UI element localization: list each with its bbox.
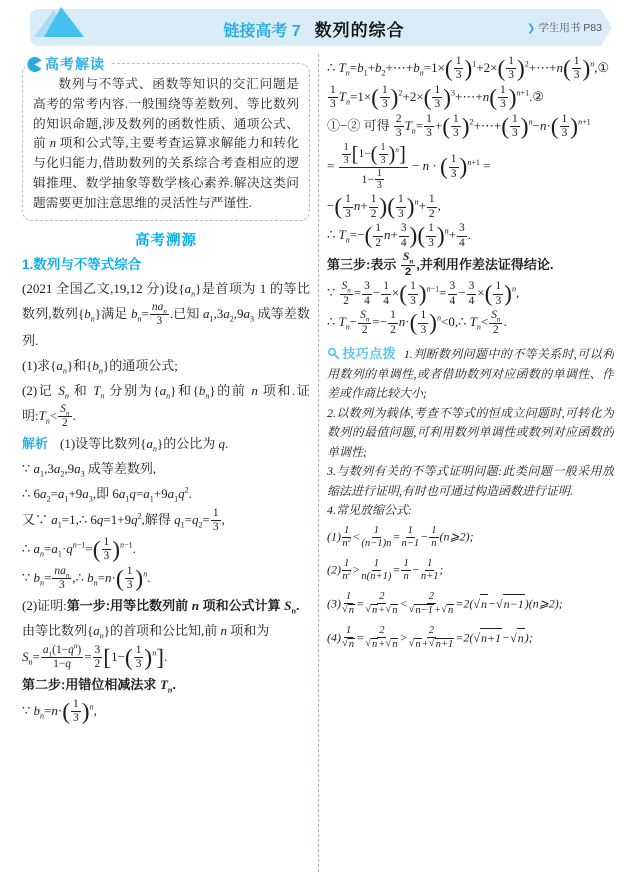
content-line: Sn=a1(1−qn)1−q=32[1−(13)n]. <box>22 644 310 672</box>
header-titles: 链接高考 7数列的综合 <box>223 16 404 41</box>
formula-line: (4)1√n=2√n+√n>2√n+√n+1=2(√n+1−√n); <box>327 622 614 655</box>
column-divider <box>318 54 319 872</box>
subsection-title: 1.数列与不等式综合 <box>22 253 310 273</box>
page-header: 链接高考 7数列的综合 ❯学生用书 P83 <box>0 0 628 52</box>
content-line: ∵ bn=n·(13)n, <box>22 698 310 726</box>
triangle-logo <box>32 3 88 39</box>
two-column-layout: 高考解读 数列与不等式、函数等知识的交汇问题是高考的常考内容.一般围绕等差数列、… <box>0 52 628 872</box>
content-line: ∴ Tn=b1+b2+⋯+bn=1×(13)1+2×(13)2+⋯+n(13)n… <box>327 55 614 83</box>
content-line: ∴ Tn=−(12n+34)(13)n+34. <box>327 222 614 250</box>
step-heading: 第二步:用错位相减法求 Tn. <box>22 673 310 697</box>
content-line: ∵ bn=nan3,∴ bn=n·(13)n. <box>22 565 310 593</box>
chevron-right-icon: ❯ <box>527 23 535 34</box>
magnifier-icon <box>327 347 340 360</box>
tips-content: 技巧点拨1.判断数列问题中的不等关系时,可以利用数列的单调性,或者借助数列对应函… <box>327 344 614 654</box>
formula-line: (2)1n2>1n(n+1)=1n−1n+1; <box>327 555 614 587</box>
content-line: 由等比数列{an}的首项和公比知,前 n 项和为 <box>22 619 310 643</box>
student-book-ref: ❯学生用书 P83 <box>527 20 602 35</box>
formula-line: (3)1√n=2√n+√n<2√n−1+√n=2(√n−√n−1)(n⩾2); <box>327 588 614 621</box>
jiedu-label: 高考解读 <box>45 54 105 74</box>
content-line: (2)记 Sn 和 Tn 分别为{an}和{bn}的前 n 项和.证明:Tn<S… <box>22 379 310 431</box>
content-line: ①−② 可得 23Tn=13+(13)2+⋯+(13)n−n·(13)n+1 <box>327 113 614 141</box>
content-line: (2)证明:第一步:用等比数列前 n 项和公式计算 Sn. <box>22 594 310 618</box>
content-line: 又∵ a1=1,∴ 6q=1+9q2,解得 q1=q2=13, <box>22 507 310 535</box>
left-column: 高考解读 数列与不等式、函数等知识的交汇问题是高考的常考内容.一般围绕等差数列、… <box>22 54 310 872</box>
content-line: ∵ a1,3a2,9a3 成等差数列, <box>22 457 310 481</box>
textbook-page: 链接高考 7数列的综合 ❯学生用书 P83 高考解读 数列与不等式、函数等知识的… <box>0 0 628 872</box>
content-line: 4.常见放缩公式: <box>327 501 614 521</box>
content-line: (2021 全国乙文,19,12 分)设{an}是首项为 1 的等比数列,数列{… <box>22 277 310 353</box>
formula-line: (1)1n2<1(n−1)n=1n−1−1n(n⩾2); <box>327 522 614 554</box>
tips-label: 技巧点拨 <box>342 346 396 361</box>
suyuan-title: 高考溯源 <box>22 229 310 250</box>
right-column: ∴ Tn=b1+b2+⋯+bn=1×(13)1+2×(13)2+⋯+n(13)n… <box>327 54 614 872</box>
content-line: = 13[1−(13)n]1−13 − n · (13)n+1 = <box>327 142 614 192</box>
content-line: ∴ 6a2=a1+9a3,即 6a1q=a1+9a1q2. <box>22 482 310 506</box>
content-line: 解析(1)设等比数列{an}的公比为 q. <box>22 432 310 456</box>
content-line: 13Tn=1×(13)2+2×(13)3+⋯+n(13)n+1.② <box>327 84 614 112</box>
content-line: (1)求{an}和{bn}的通项公式; <box>22 354 310 378</box>
content-line: ∴ Tn−Sn2=−12n·(13)n<0,∴ Tn<Sn2. <box>327 309 614 337</box>
content-line: 3.与数列有关的不等式证明问题:此类问题一般采用放缩法进行证明,有时也可通过构造… <box>327 462 614 501</box>
jiedu-label-group: 高考解读 <box>25 54 111 74</box>
page-title: 数列的综合 <box>315 21 405 40</box>
step-heading: 第三步:表示 Sn2,并利用作差法证得结论. <box>327 251 614 279</box>
exam-interpretation-box: 高考解读 数列与不等式、函数等知识的交汇问题是高考的常考内容.一般围绕等差数列、… <box>22 63 310 221</box>
content-line: −(13n+12)(13)n+12, <box>327 193 614 221</box>
content-line: ∵ Sn2=34−14×(13)n−1=34−34×(13)n, <box>327 280 614 308</box>
jiedu-text: 数列与不等式、函数等知识的交汇问题是高考的常考内容.一般围绕等差数列、等比数列的… <box>33 75 299 214</box>
pacman-icon <box>27 57 42 72</box>
tips-section: 技巧点拨1.判断数列问题中的不等关系时,可以利用数列的单调性,或者借助数列对应函… <box>327 344 614 654</box>
left-content: (2021 全国乙文,19,12 分)设{an}是首项为 1 的等比数列,数列{… <box>22 277 310 726</box>
content-line: 2.以数列为载体,考查不等式的恒成立问题时,可转化为数列的最值问题,可利用数列单… <box>327 404 614 463</box>
student-book-ref-text: 学生用书 P83 <box>538 22 602 34</box>
right-content: ∴ Tn=b1+b2+⋯+bn=1×(13)1+2×(13)2+⋯+n(13)n… <box>327 55 614 337</box>
content-line: ∴ an=a1·qn−1=(13)n−1. <box>22 536 310 564</box>
lesson-badge: 链接高考 7 <box>223 23 300 40</box>
jiexi-label: 解析 <box>22 436 48 451</box>
content-line: 技巧点拨1.判断数列问题中的不等关系时,可以利用数列的单调性,或者借助数列对应函… <box>327 344 614 404</box>
